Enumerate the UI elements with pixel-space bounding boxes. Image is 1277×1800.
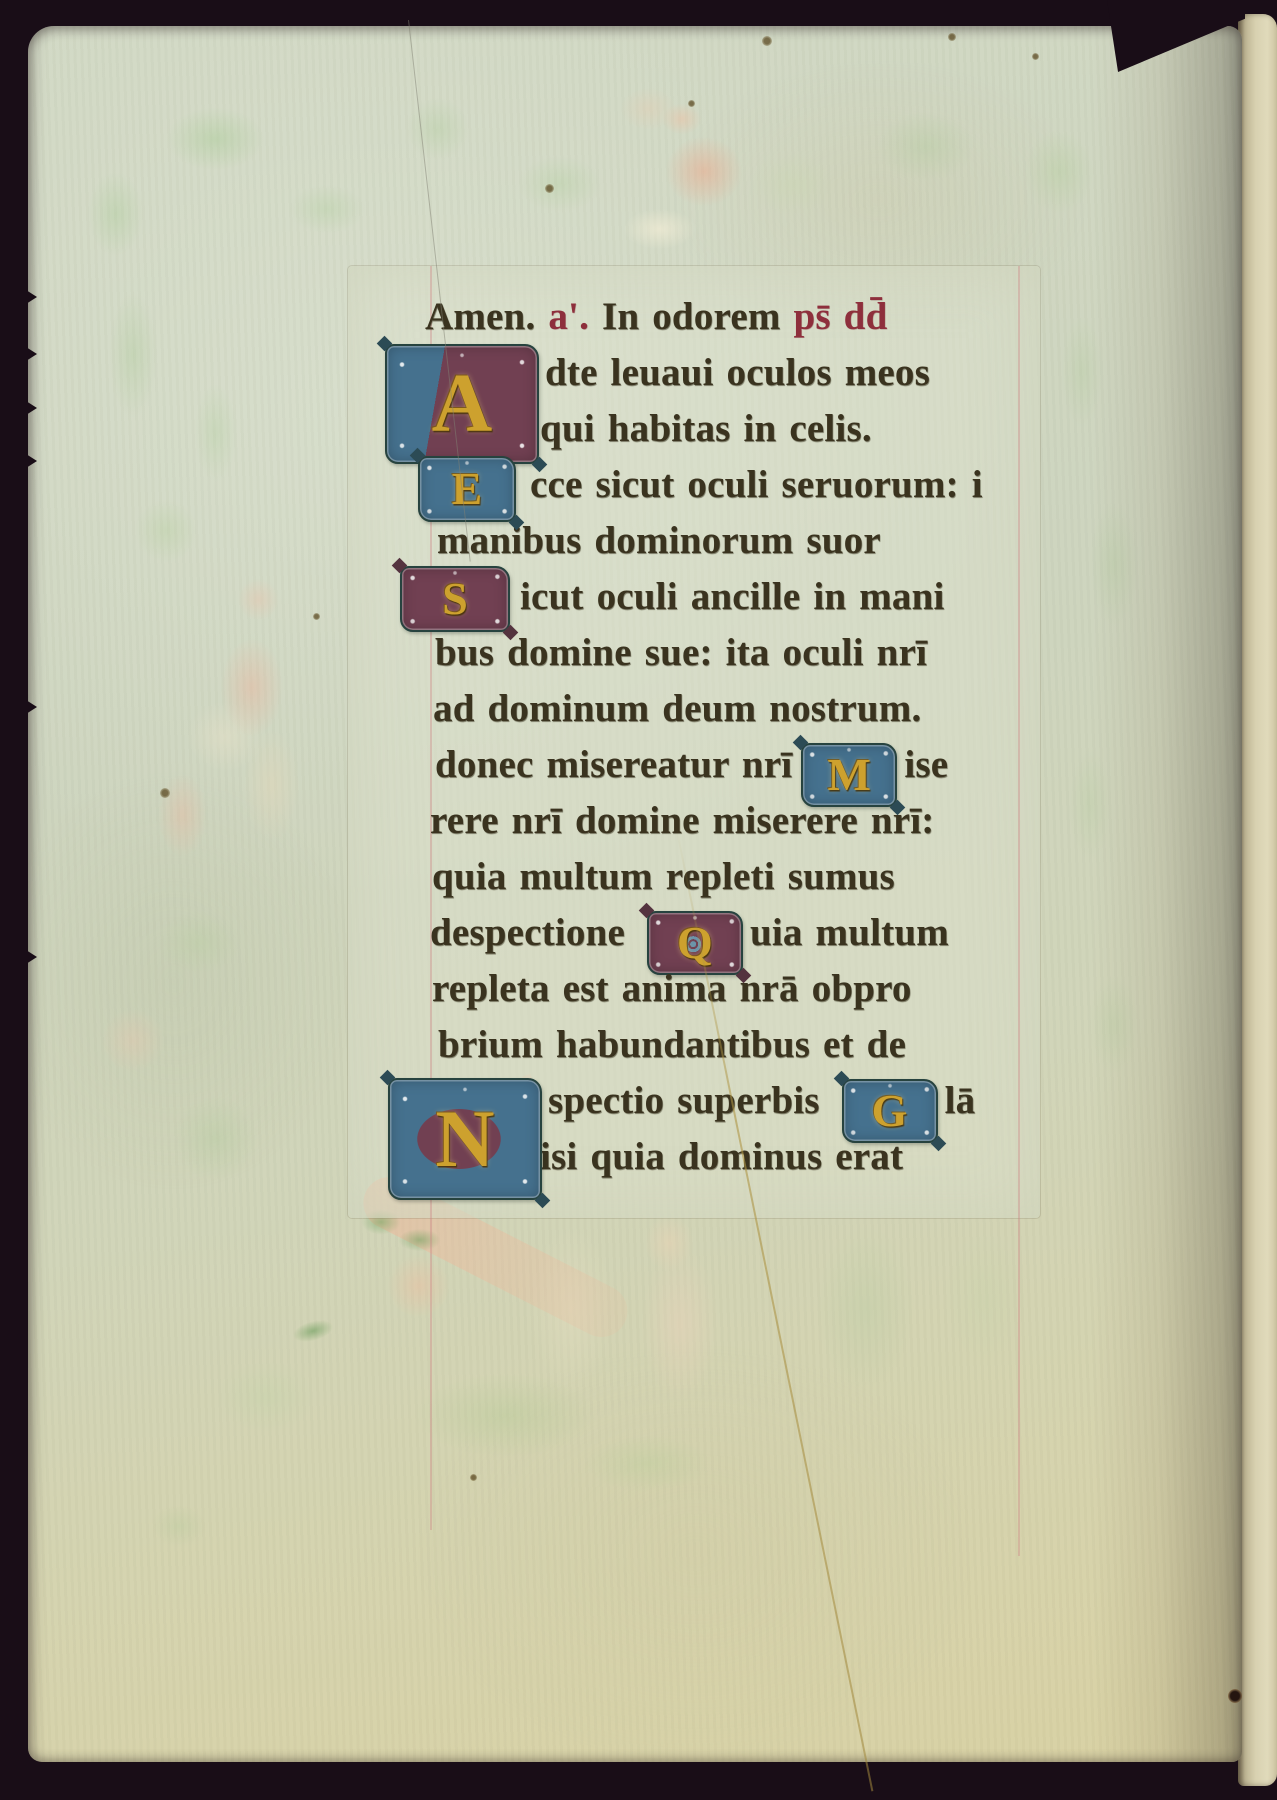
body-text: quia multum repleti sumus	[432, 855, 895, 898]
body-text: In odorem	[602, 295, 793, 338]
text-line: spectio superbis Glā	[548, 1073, 975, 1129]
text-line: despectione Quia multum	[430, 905, 949, 961]
text-block: Amen. a'. In odorem ps̄ dd̄dte leuaui oc…	[352, 284, 1052, 1254]
sewing-notch	[26, 401, 37, 415]
body-text: spectio superbis	[548, 1079, 833, 1122]
stain-spot	[160, 788, 170, 798]
body-text: ise	[904, 743, 948, 786]
text-line: quia multum repleti sumus	[432, 849, 895, 905]
text-line: cce sicut oculi seruorum: i	[530, 457, 983, 513]
text-line: icut oculi ancille in mani	[520, 569, 945, 625]
stain-spot	[545, 184, 554, 193]
text-line: rere nrī domine miserere nrī:	[430, 793, 934, 849]
body-text: repleta est anima nrā obpro	[432, 967, 912, 1010]
stain-spot	[470, 1474, 477, 1481]
body-text: despectione	[430, 911, 638, 954]
text-line: ad dominum deum nostrum.	[433, 681, 921, 737]
rubric-text: ps̄ dd̄	[793, 295, 887, 338]
photo-backdrop: Amen. a'. In odorem ps̄ dd̄dte leuaui oc…	[0, 0, 1277, 1800]
stain-spot	[948, 33, 956, 41]
sewing-notch	[26, 290, 37, 304]
body-text: qui habitas in celis.	[540, 407, 872, 450]
text-line: dte leuaui oculos meos	[545, 345, 930, 401]
illuminated-initial-E: E	[418, 456, 516, 522]
text-line: Amen. a'. In odorem ps̄ dd̄	[425, 289, 887, 345]
body-text: lā	[945, 1079, 976, 1122]
rubric-text: a'.	[548, 295, 602, 338]
body-text: isi quia dominus erat	[540, 1135, 903, 1178]
body-text: rere nrī domine miserere nrī:	[430, 799, 934, 842]
illuminated-initial-N: N	[388, 1078, 542, 1200]
body-text: cce sicut oculi seruorum: i	[530, 463, 983, 506]
gutter-shading	[1092, 26, 1242, 1762]
border-decoration-top	[38, 34, 1148, 284]
body-text: icut oculi ancille in mani	[520, 575, 945, 618]
green-bird-motif	[287, 1312, 338, 1349]
underlying-page-fore-edge	[1238, 14, 1277, 1786]
stain-spot	[762, 36, 772, 46]
text-line: qui habitas in celis.	[540, 401, 872, 457]
illuminated-initial-A: A	[385, 344, 539, 464]
body-text: ad dominum deum nostrum.	[433, 687, 921, 730]
illuminated-initial-S: S	[400, 566, 510, 632]
stain-spot	[1228, 1689, 1242, 1703]
body-text: uia multum	[750, 911, 949, 954]
sewing-notch	[26, 454, 37, 468]
text-line: donec misereatur nrīMise	[435, 737, 948, 793]
sewing-notch	[26, 700, 37, 714]
manuscript-page: Amen. a'. In odorem ps̄ dd̄dte leuaui oc…	[28, 26, 1242, 1762]
sewing-notch	[26, 950, 37, 964]
body-text: dte leuaui oculos meos	[545, 351, 930, 394]
text-line: repleta est anima nrā obpro	[432, 961, 912, 1017]
border-decoration-left	[34, 276, 364, 1256]
stain-spot	[688, 100, 695, 107]
body-text: brium habundantibus et de	[438, 1023, 906, 1066]
sewing-notch	[26, 347, 37, 361]
stain-spot	[1032, 53, 1039, 60]
text-line: isi quia dominus erat	[540, 1129, 903, 1185]
body-text: manibus dominorum suor	[437, 519, 881, 562]
text-line: brium habundantibus et de	[438, 1017, 906, 1073]
stain-spot	[313, 613, 320, 620]
body-text: donec misereatur nrī	[435, 743, 792, 786]
